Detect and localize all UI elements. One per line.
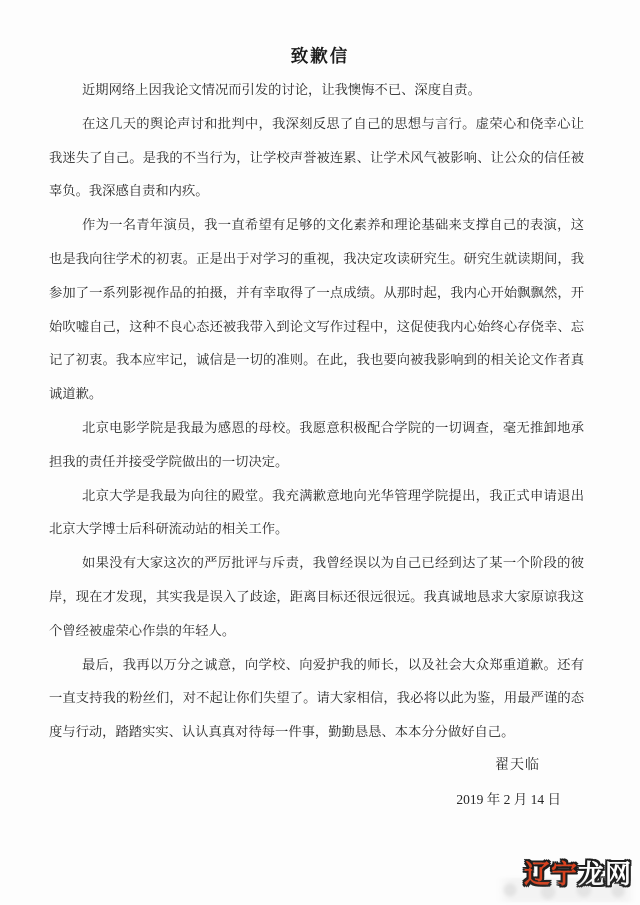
paragraph-7: 最后，我再以万分之诚意，向学校、向爱护我的师长，以及社会大众郑重道歉。还有一直支… — [49, 648, 584, 749]
page-title: 致歉信 — [0, 0, 640, 65]
site-watermark: 辽宁龙网 — [524, 860, 632, 888]
paragraph-2: 在这几天的舆论声讨和批判中，我深刻反思了自己的思想与言行。虚荣心和侥幸心让我迷失… — [49, 107, 584, 208]
paragraph-1: 近期网络上因我论文情况而引发的讨论，让我懊悔不已、深度自责。 — [49, 73, 584, 107]
signature-name: 翟天临 — [0, 749, 640, 783]
faint-watermark — [496, 878, 636, 902]
paragraph-5: 北京大学是我最为向往的殿堂。我充满歉意地向光华管理学院提出，我正式申请退出北京大… — [49, 479, 584, 547]
signature-date: 2019 年 2 月 14 日 — [0, 783, 640, 817]
paragraph-4: 北京电影学院是我最为感恩的母校。我愿意积极配合学院的一切调查，毫无推卸地承担我的… — [49, 411, 584, 479]
paragraph-3: 作为一名青年演员，我一直希望有足够的文化素养和理论基础来支撑自己的表演，这也是我… — [49, 208, 584, 411]
letter-body: 近期网络上因我论文情况而引发的讨论，让我懊悔不已、深度自责。 在这几天的舆论声讨… — [49, 73, 584, 749]
document-page: 致歉信 近期网络上因我论文情况而引发的讨论，让我懊悔不已、深度自责。 在这几天的… — [0, 0, 640, 905]
paragraph-6: 如果没有大家这次的严厉批评与斥责，我曾经误以为自己已经到达了某一个阶段的彼岸，现… — [49, 546, 584, 647]
